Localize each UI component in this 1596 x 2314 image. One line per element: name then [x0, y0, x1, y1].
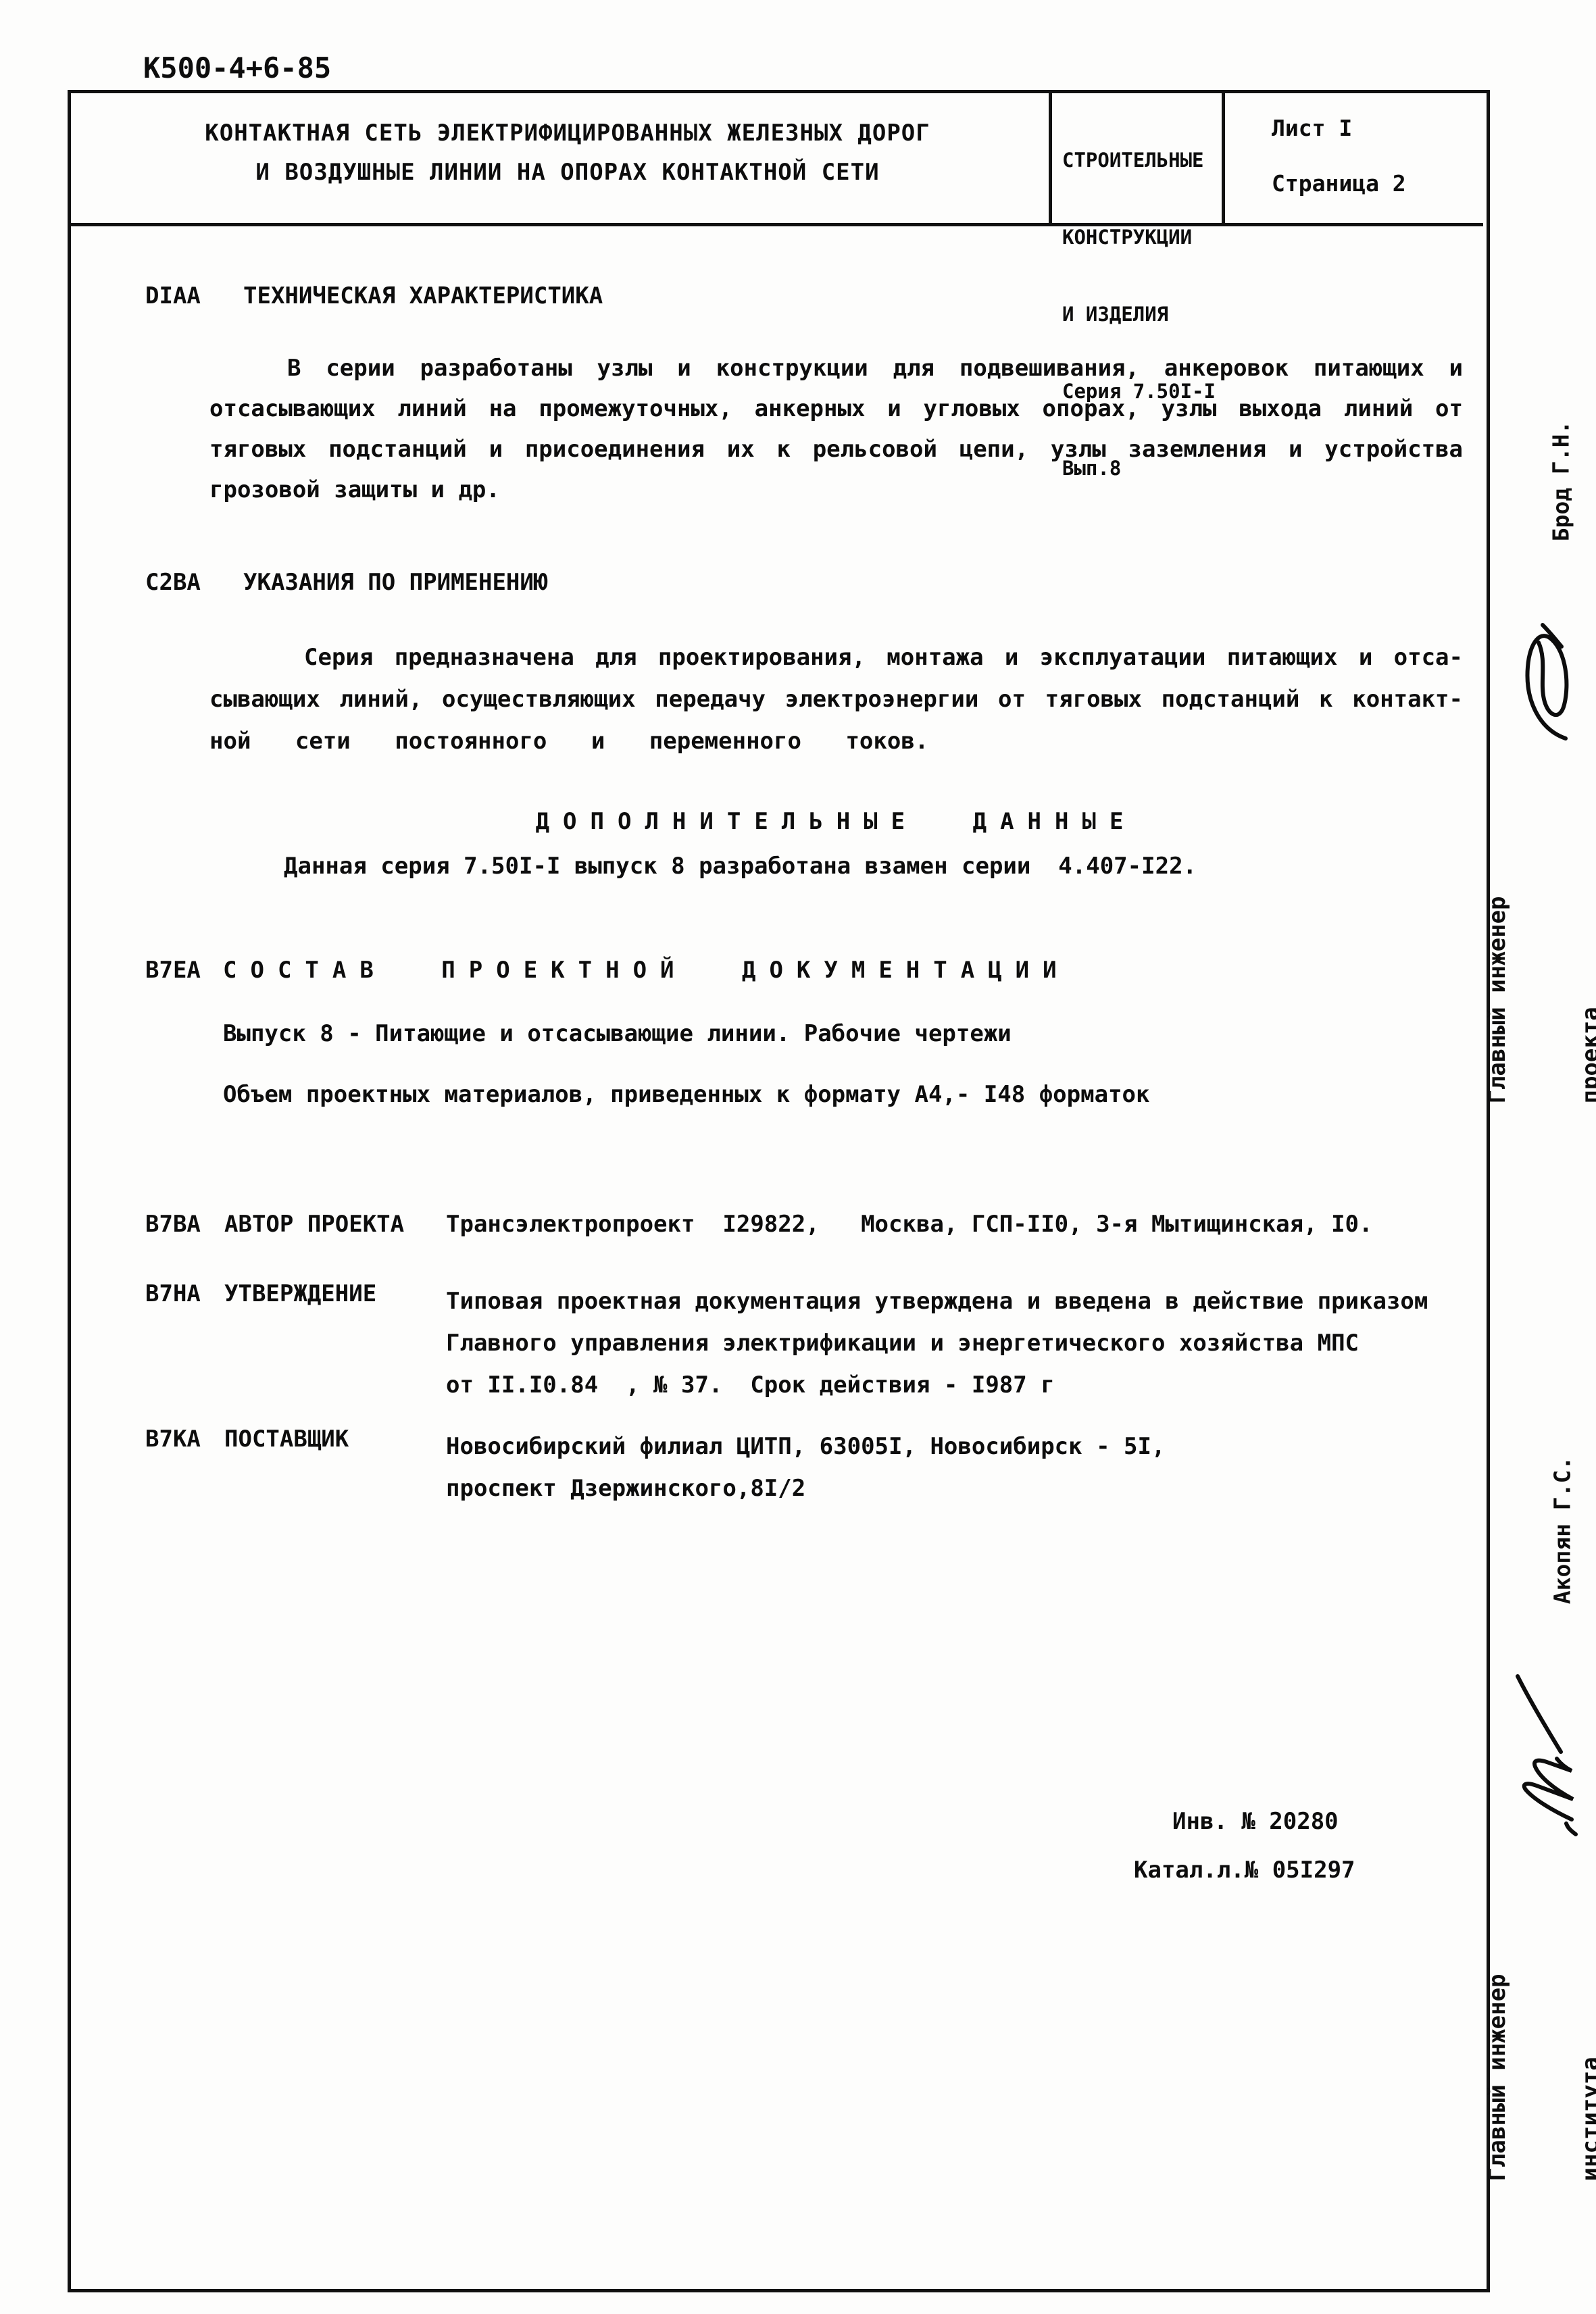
author-value: Трансэлектропроект I29822, Москва, ГСП-I… [446, 1211, 1372, 1238]
approval-line: Главного управления электрификации и эне… [446, 1322, 1466, 1364]
usage-paragraph: Серия предназначена для проектирования, … [209, 636, 1463, 762]
section-usage-code: С2ВА [145, 569, 201, 596]
section-supplier-code: В7КА [145, 1426, 201, 1453]
section-supplier-label: ПОСТАВЩИК [224, 1426, 349, 1453]
tech-paragraph-line: В серии разработаны узлы и конструкции д… [209, 348, 1463, 388]
stamp-category-line-3: И ИЗДЕЛИЯ [1062, 301, 1216, 327]
additional-data-heading: ДОПОЛНИТЕЛЬНЫЕ ДАННЫЕ [209, 808, 1463, 835]
section-composition-code: В7ЕА [145, 957, 201, 984]
composition-line-2: Объем проектных материалов, приведенных … [223, 1081, 1149, 1108]
document-page: К500-4+6-85 КОНТАКТНАЯ СЕТЬ ЭЛЕКТРИФИЦИР… [0, 0, 1596, 2314]
signer1-signature [1521, 620, 1585, 748]
approval-text: Типовая проектная документация утвержден… [446, 1280, 1466, 1406]
usage-paragraph-line: сывающих линий, осуществляющих передачу … [209, 678, 1463, 720]
supplier-line: проспект Дзержинского,8I/2 [446, 1467, 1466, 1509]
signer1-name: Брод Г.Н. [1548, 421, 1574, 542]
usage-paragraph-line: ной сети постоянного и переменного токов… [209, 720, 1463, 762]
inventory-number: Инв. № 20280 [1172, 1808, 1339, 1835]
section-tech-heading: ТЕХНИЧЕСКАЯ ХАРАКТЕРИСТИКА [243, 282, 603, 309]
section-tech-code: DIAA [145, 282, 201, 309]
tech-paragraph: В серии разработаны узлы и конструкции д… [209, 348, 1463, 510]
stamp-page-number: Страница 2 [1272, 170, 1406, 197]
supplier-text: Новосибирский филиал ЦИТП, 63005I, Новос… [446, 1426, 1466, 1509]
header-separator-line [71, 223, 1483, 226]
section-usage-heading: УКАЗАНИЯ ПО ПРИМЕНЕНИЮ [243, 569, 547, 596]
stamp-category-line-2: КОНСТРУКЦИИ [1062, 224, 1216, 250]
section-composition-heading: СОСТАВ ПРОЕКТНОЙ ДОКУМЕНТАЦИИ [223, 957, 1070, 984]
section-author-label: АВТОР ПРОЕКТА [224, 1211, 404, 1238]
stamp-sheet: Лист I [1272, 115, 1352, 141]
stamp-category-line-1: СТРОИТЕЛЬНЫЕ [1062, 147, 1216, 173]
tech-paragraph-line: отсасывающих линий на промежуточных, анк… [209, 388, 1463, 429]
usage-paragraph-line: Серия предназначена для проектирования, … [209, 636, 1463, 678]
signer1-role-line-1: Главный инженер [1482, 896, 1513, 1103]
approval-line: от II.I0.84 , № 37. Срок действия - I987… [446, 1364, 1466, 1406]
tech-paragraph-line: тяговых подстанций и присоединения их к … [209, 429, 1463, 470]
signer2-role: Главный инженер института [1420, 1973, 1596, 2181]
title-line-2: И ВОЗДУШНЫЕ ЛИНИИ НА ОПОРАХ КОНТАКТНОЙ С… [88, 153, 1047, 192]
signer2-role-line-1: Главный инженер [1482, 1973, 1513, 2181]
title-line-1: КОНТАКТНАЯ СЕТЬ ЭЛЕКТРИФИЦИРОВАННЫХ ЖЕЛЕ… [88, 114, 1047, 153]
signer2-name: Акопян Г.С. [1549, 1457, 1576, 1605]
signer2-signature [1514, 1671, 1584, 1840]
approval-line: Типовая проектная документация утвержден… [446, 1280, 1466, 1322]
supplier-line: Новосибирский филиал ЦИТП, 63005I, Новос… [446, 1426, 1466, 1467]
stamp-left-border [1049, 93, 1052, 226]
doc-code: К500-4+6-85 [143, 51, 331, 84]
section-approval-code: В7НА [145, 1280, 201, 1307]
signer1-role-line-2: проекта [1575, 896, 1596, 1103]
stamp-divider [1222, 93, 1225, 226]
composition-line-1: Выпуск 8 - Питающие и отсасывающие линии… [223, 1020, 1012, 1047]
section-approval-label: УТВЕРЖДЕНИЕ [224, 1280, 376, 1307]
catalog-number: Катал.л.№ 05I297 [1134, 1857, 1355, 1884]
additional-data-text: Данная серия 7.50I-I выпуск 8 разработан… [284, 853, 1197, 880]
section-author-code: В7ВА [145, 1211, 201, 1238]
signer1-role: Главный инженер проекта [1420, 896, 1596, 1103]
signer2-role-line-2: института [1575, 1973, 1596, 2181]
document-title: КОНТАКТНАЯ СЕТЬ ЭЛЕКТРИФИЦИРОВАННЫХ ЖЕЛЕ… [88, 114, 1047, 192]
signature-stroke [1521, 620, 1582, 748]
tech-paragraph-line: грозовой защиты и др. [209, 470, 1463, 510]
signature-stroke [1514, 1671, 1581, 1840]
